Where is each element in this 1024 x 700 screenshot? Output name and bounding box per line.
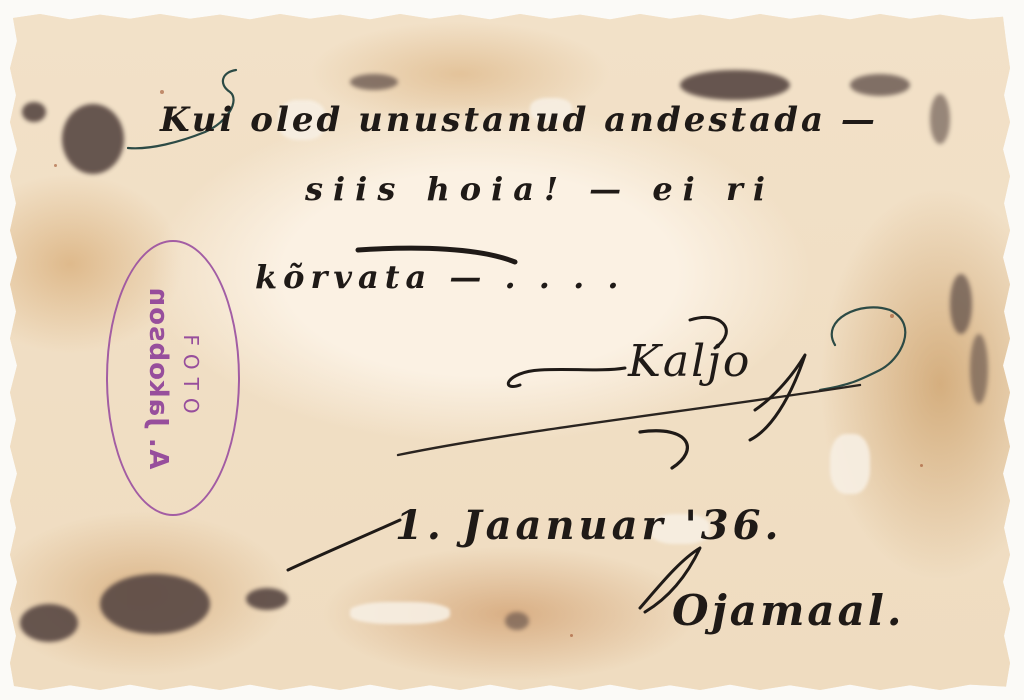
stain	[62, 104, 124, 174]
signature: Kaljo	[628, 336, 751, 387]
stain	[930, 94, 950, 144]
stain	[680, 70, 790, 100]
stain	[246, 588, 288, 610]
stamp-text: FOTO A. Jakobson	[143, 287, 203, 470]
speck	[570, 634, 573, 637]
stamp-photographer-name: A. Jakobson	[143, 287, 173, 470]
speck	[54, 164, 57, 167]
handwriting-line-2: siis hoia! — ei ri	[305, 170, 775, 208]
photographer-stamp: FOTO A. Jakobson	[106, 240, 240, 516]
speck	[160, 90, 164, 94]
date: 1. Jaanuar '36.	[395, 502, 782, 549]
handwriting-line-1: Kui oled unustanud andestada —	[160, 100, 878, 140]
stain	[505, 612, 529, 630]
place: Ojamaal.	[672, 586, 904, 635]
stain	[950, 274, 972, 334]
handwriting-line-3: kõrvata — . . . .	[255, 258, 624, 296]
speck	[890, 314, 894, 318]
stain	[970, 334, 988, 404]
stain	[100, 574, 210, 634]
stain	[350, 74, 398, 90]
stain	[850, 74, 910, 96]
paper-flake	[830, 434, 870, 494]
stain	[20, 604, 78, 642]
stain	[22, 102, 46, 122]
speck	[920, 464, 923, 467]
paper-flake	[350, 602, 450, 624]
stamp-foto-label: FOTO	[179, 287, 203, 470]
